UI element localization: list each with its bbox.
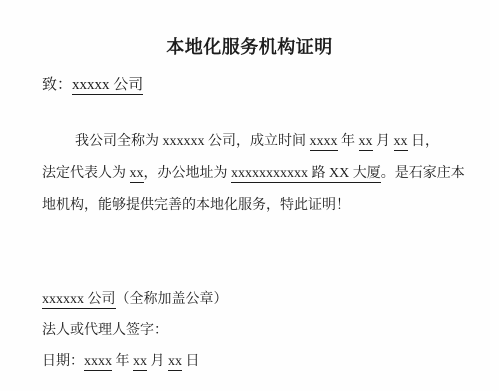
company-seal-note: （全称加盖公章） — [116, 292, 228, 307]
body-line-1: 我公司全称为 xxxxxx 公司，成立时间 xxxx 年 xx 月 xx 日， — [42, 126, 499, 158]
signature-block: xxxxxx 公司（全称加盖公章） 法人或代理人签字： 日期：xxxx 年 xx… — [42, 284, 499, 377]
signer-signature-line: 法人或代理人签字： — [42, 315, 499, 346]
date-day-label: 日 — [182, 354, 200, 369]
year-label: 年 — [338, 134, 359, 149]
date-day-blank: xx — [168, 354, 182, 371]
date-prefix: 日期： — [42, 354, 84, 369]
recipient-name: xxxxx 公司 — [72, 77, 143, 95]
salutation-prefix: 致： — [42, 77, 72, 93]
office-address-blank: xxxxxxxxxxx 路 XX 大厦 — [231, 166, 381, 183]
body-line-3: 地机构，能够提供完善的本地化服务，特此证明！ — [42, 190, 499, 222]
signature-company-blank: xxxxxx 公司 — [42, 292, 116, 309]
legal-rep-blank: xx — [130, 166, 144, 183]
date-month-blank: xx — [133, 354, 147, 371]
founding-month-blank: xx — [359, 134, 373, 151]
office-address-label: ，办公地址为 — [144, 166, 232, 181]
document-page: 本地化服务机构证明 致：xxxxx 公司 我公司全称为 xxxxxx 公司，成立… — [0, 0, 499, 391]
founding-year-blank: xxxx — [310, 134, 338, 151]
month-label: 月 — [373, 134, 394, 149]
company-fullname-run: 我公司全称为 xxxxxx 公司，成立时间 — [75, 134, 310, 149]
date-year-blank: xxxx — [84, 354, 112, 371]
date-line: 日期：xxxx 年 xx 月 xx 日 — [42, 346, 499, 377]
local-org-text: 。是石家庄本 — [381, 166, 465, 181]
body-line-2: 法定代表人为 xx，办公地址为 xxxxxxxxxxx 路 XX 大厦。是石家庄… — [42, 158, 499, 190]
founding-day-blank: xx — [394, 134, 408, 151]
salutation-line: 致：xxxxx 公司 — [42, 73, 499, 97]
date-month-label: 月 — [147, 354, 168, 369]
date-year-label: 年 — [112, 354, 133, 369]
document-title: 本地化服务机构证明 — [0, 0, 499, 60]
body-paragraph: 我公司全称为 xxxxxx 公司，成立时间 xxxx 年 xx 月 xx 日， … — [42, 126, 499, 222]
day-label: 日， — [408, 134, 440, 149]
signature-company-line: xxxxxx 公司（全称加盖公章） — [42, 284, 499, 315]
legal-rep-label: 法定代表人为 — [42, 166, 130, 181]
